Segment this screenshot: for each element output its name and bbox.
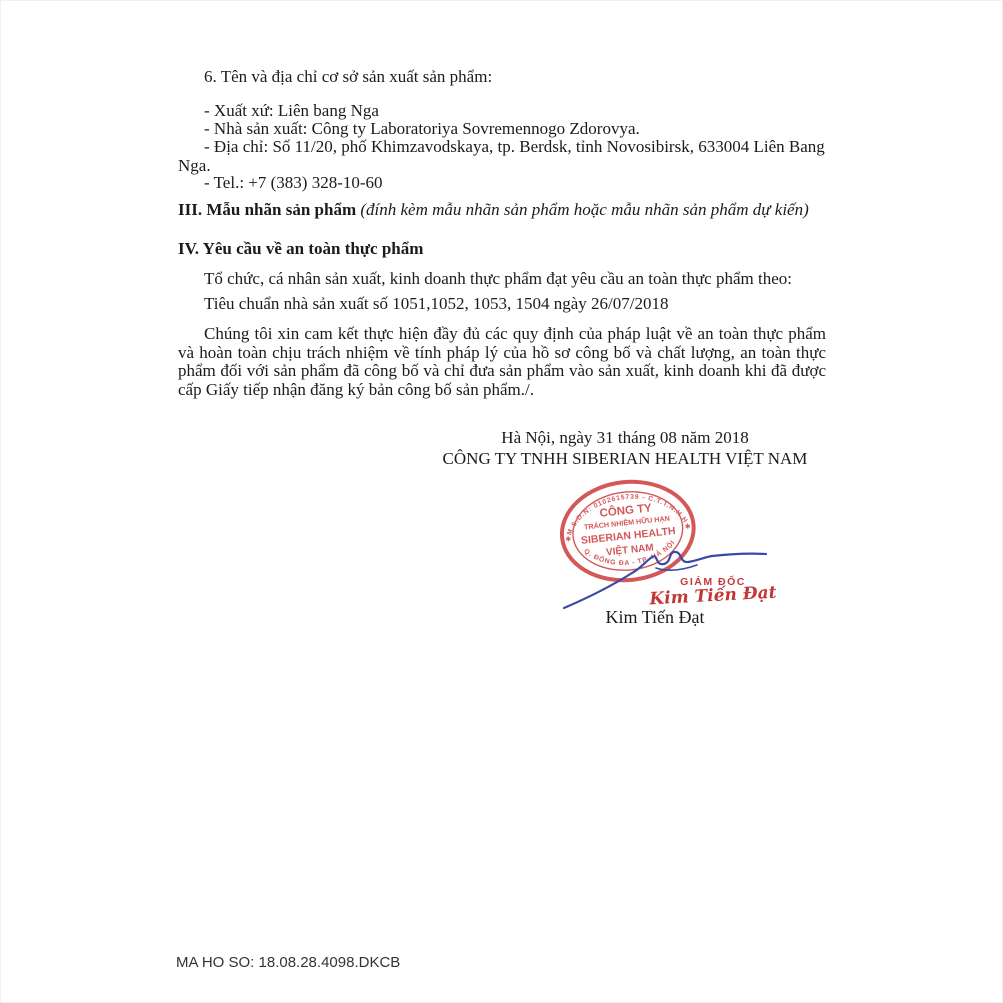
document-page: 6. Tên và địa chỉ cơ sở sản xuất sản phẩ… — [0, 0, 1003, 1003]
section6-item-address: - Địa chỉ: Số 11/20, phố Khimzavodskaya,… — [178, 138, 830, 175]
section4-line2: Tiêu chuẩn nhà sản xuất số 1051,1052, 10… — [204, 295, 668, 314]
section4-heading: IV. Yêu cầu về an toàn thực phẩm — [178, 240, 423, 259]
section6-item-origin: - Xuất xứ: Liên bang Nga — [178, 102, 830, 121]
signer-name: Kim Tiến Đạt — [540, 607, 770, 628]
section3-heading: III. Mẫu nhãn sản phẩm — [178, 200, 356, 219]
section4-line1: Tổ chức, cá nhân sản xuất, kinh doanh th… — [204, 270, 792, 289]
signature-stroke-flourish — [656, 565, 697, 570]
commitment-paragraph: Chúng tôi xin cam kết thực hiện đầy đủ c… — [178, 325, 826, 399]
section6-title: 6. Tên và địa chỉ cơ sở sản xuất sản phẩ… — [204, 68, 492, 87]
section3-heading-row: III. Mẫu nhãn sản phẩm (đính kèm mẫu nhã… — [178, 201, 809, 220]
stamp-star-left-icon: ✱ — [565, 535, 572, 544]
section3-note: (đính kèm mẫu nhãn sản phẩm hoặc mẫu nhã… — [360, 200, 808, 219]
section6-item-tel: - Tel.: +7 (383) 328-10-60 — [178, 174, 830, 193]
signoff-dateline: Hà Nội, ngày 31 tháng 08 năm 2018 — [400, 427, 850, 448]
signoff-block: Hà Nội, ngày 31 tháng 08 năm 2018 CÔNG T… — [400, 427, 850, 469]
stamp-star-right-icon: ✱ — [684, 522, 691, 531]
section6-item-manufacturer: - Nhà sản xuất: Công ty Laboratoriya Sov… — [178, 120, 830, 139]
file-code: MA HO SO: 18.08.28.4098.DKCB — [176, 954, 400, 971]
